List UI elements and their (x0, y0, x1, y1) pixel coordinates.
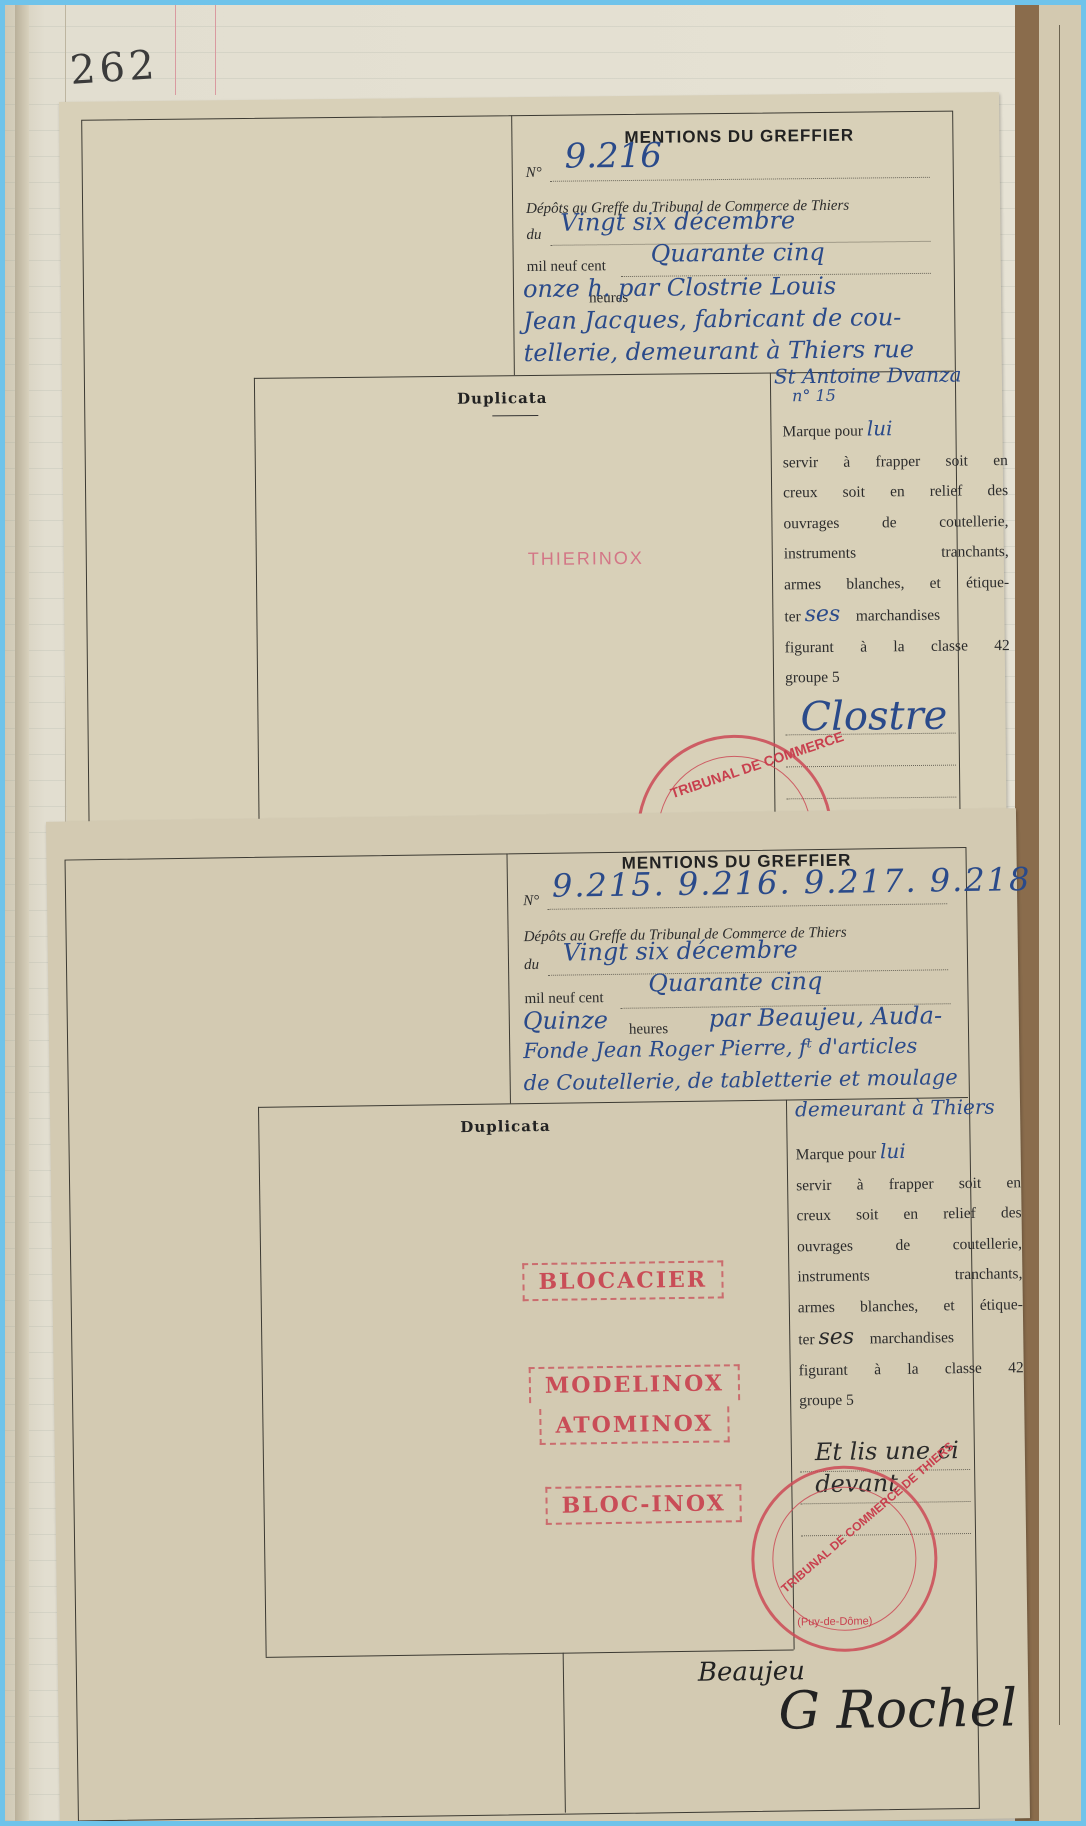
etiqueter-handwritten: ses (818, 1325, 854, 1350)
hours-label: heures (629, 1021, 668, 1039)
depositor-line-5: n° 15 (792, 386, 836, 405)
marque-line: groupe 5 (785, 661, 1010, 694)
marque-line: ter (798, 1331, 815, 1348)
seal-ring (771, 1486, 917, 1632)
marque-for-handwritten: lui (880, 1139, 906, 1163)
trademark-slip-1: MENTIONS DU GREFFIER N° 9.216 Dépôts au … (59, 92, 1007, 872)
du-label: du (526, 227, 541, 244)
trademark-stamp-blocacier: BLOCACIER (522, 1260, 723, 1301)
ledger-red-rule (215, 5, 216, 95)
marque-description: Marque pour lui servir à frapper soit en… (782, 412, 1010, 694)
marque-line: Marque pour (796, 1145, 877, 1163)
ledger-red-rule (175, 5, 176, 95)
marque-line: marchandises (870, 1329, 955, 1347)
marque-line: instruments tranchants, (784, 537, 1009, 570)
marque-for-handwritten: lui (867, 416, 893, 440)
marque-line: marchandises (856, 607, 941, 625)
marque-line: ter (784, 608, 801, 625)
photo-frame: 262 MENTIONS DU GREFFIER N° 9.216 Dépôts… (5, 5, 1081, 1821)
marque-line: ouvrages de coutellerie, (783, 507, 1008, 540)
seal-text-bottom: (Puy-de-Dôme) (797, 1615, 872, 1628)
marque-line: groupe 5 (799, 1383, 1024, 1417)
depositor-line-4: St Antoine Dvanza (774, 363, 962, 389)
number-label: N° (523, 893, 539, 910)
duplicata-title: Duplicata (460, 1117, 551, 1136)
marque-line: creux soit en relief des (783, 476, 1008, 509)
marque-line: servir à frapper soit en (783, 446, 1008, 479)
trademark-stamp-atominox: ATOMINOX (539, 1406, 729, 1445)
page-number: 262 (69, 42, 160, 94)
deposit-year: Quarante cinq (650, 238, 824, 268)
marque-line: ouvrages de coutellerie, (797, 1229, 1022, 1263)
deposit-date: Vingt six décembre (563, 935, 798, 966)
trademark-slip-2: MENTIONS DU GREFFIER N° 9.215. 9.216. 9.… (46, 808, 1030, 1821)
trademark-stamp-modelinox: MODELINOX (529, 1364, 741, 1403)
book-spine (15, 5, 29, 1821)
marque-line: figurant à la classe 42 (799, 1353, 1024, 1387)
marque-line: Marque pour (782, 423, 863, 441)
marque-line: servir à frapper soit en (796, 1168, 1021, 1202)
deposit-date: Vingt six décembre (560, 206, 795, 236)
page-rule (1059, 25, 1060, 1725)
trademark-stamp-bloc-inox: BLOC-INOX (545, 1484, 742, 1525)
marque-description: Marque pour lui servir à frapper soit en… (795, 1134, 1024, 1417)
du-label: du (524, 957, 539, 974)
marque-line: figurant à la classe 42 (785, 631, 1010, 664)
deposit-year: Quarante cinq (648, 967, 822, 997)
marque-line: creux soit en relief des (796, 1198, 1021, 1232)
deposit-numbers: 9.215. 9.216. 9.217. 9.218 (552, 860, 1032, 905)
etiqueter-handwritten: ses (805, 602, 841, 627)
duplicata-title: Duplicata (457, 389, 547, 408)
depositor-line-2: Jean Jacques, fabricant de cou- (523, 303, 901, 335)
hours-handwritten: par Beaujeu, Auda- (709, 1001, 943, 1032)
depositor-line-4: demeurant à Thiers (795, 1095, 995, 1122)
clerk-signature-2: G Rochel (778, 1678, 1017, 1741)
marque-line: instruments tranchants, (797, 1259, 1022, 1293)
number-label: N° (526, 165, 542, 182)
depositor-line-3: tellerie, demeurant à Thiers rue (524, 335, 915, 367)
hours-handwritten: onze h. par Clostrie Louis (523, 272, 836, 303)
deposit-number: 9.216 (564, 136, 662, 177)
trademark-stamp-thierinox: THIERINOX (514, 544, 658, 575)
marque-line: armes blanches, et étique- (784, 568, 1009, 601)
marque-line: armes blanches, et étique- (798, 1290, 1023, 1324)
hours-handwritten-prefix: Quinze (523, 1006, 609, 1035)
